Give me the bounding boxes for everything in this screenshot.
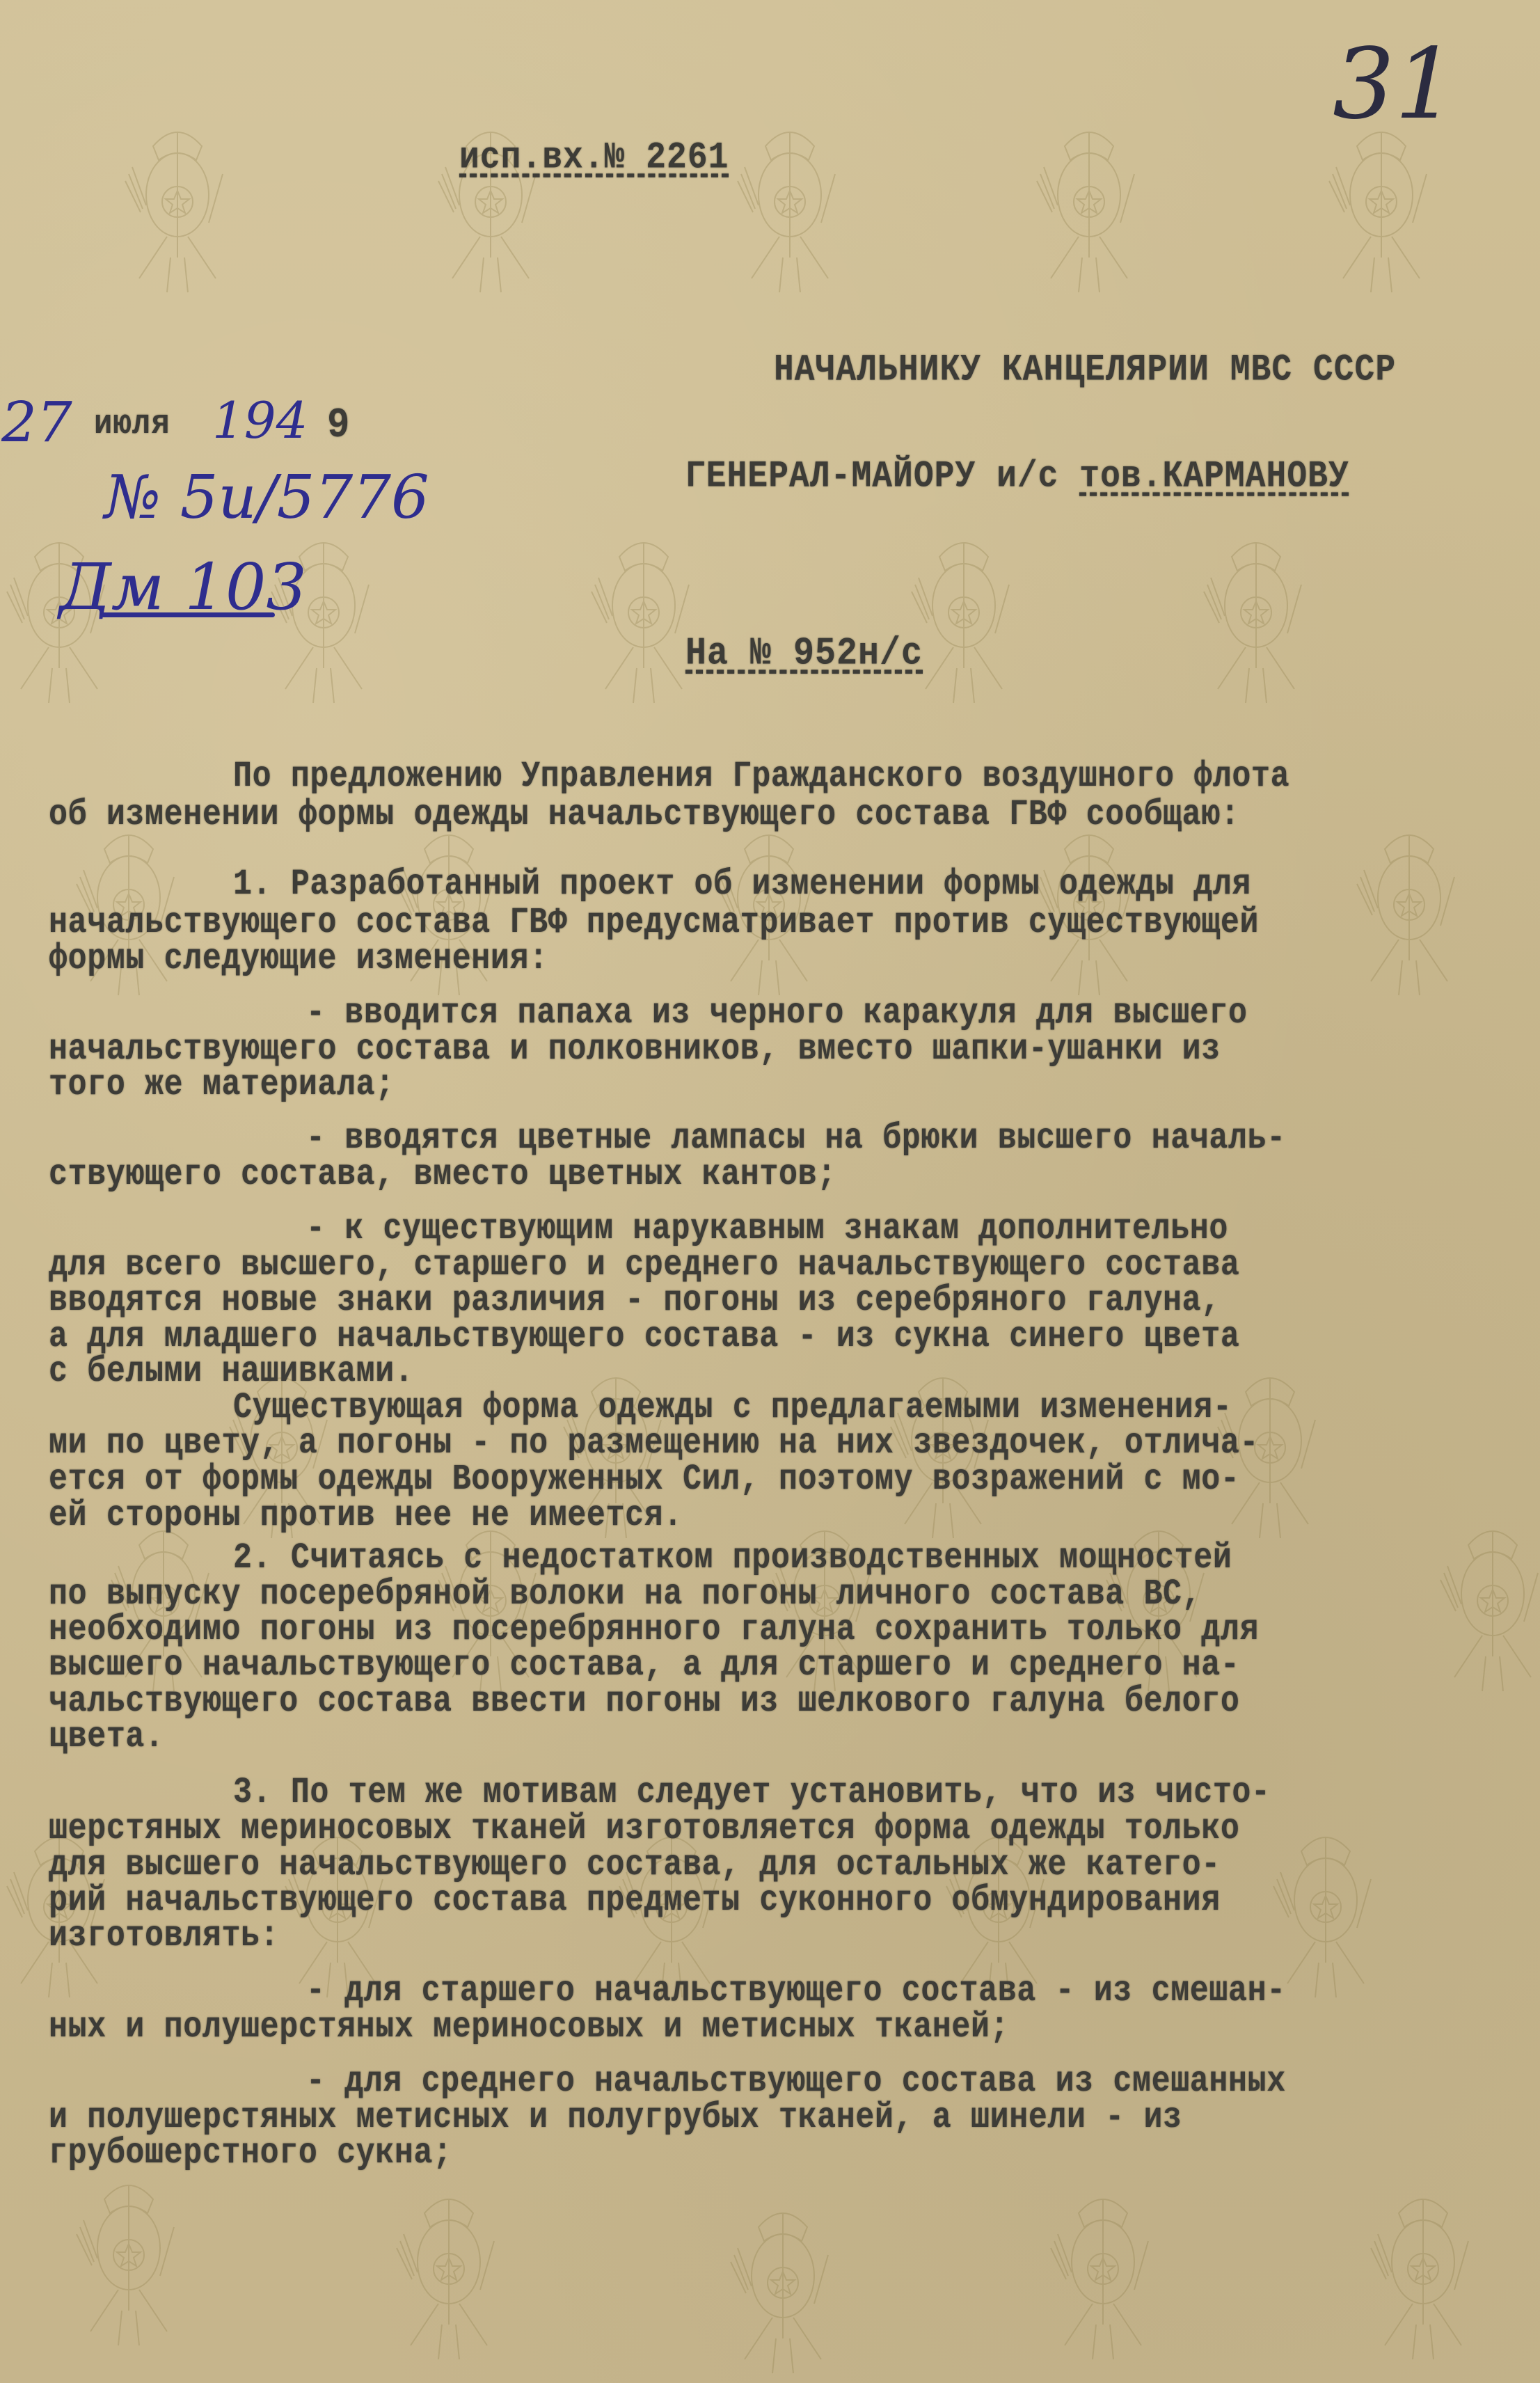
watermark-emblem-icon bbox=[724, 2199, 842, 2380]
body-line: формы следующие изменения: bbox=[49, 941, 548, 977]
body-line: начальствующего состава и полковников, в… bbox=[49, 1031, 1221, 1068]
body-line: 2. Считаясь с недостатком производственн… bbox=[233, 1540, 1232, 1576]
body-line: шерстяных мериносовых тканей изготовляет… bbox=[49, 1811, 1239, 1847]
date-year-handwritten: 194 bbox=[212, 391, 308, 450]
addressee-rank: ГЕНЕРАЛ-МАЙОРУ и/с bbox=[685, 456, 1079, 498]
body-line: - вводится папаха из черного каракуля дл… bbox=[306, 995, 1248, 1031]
watermark-emblem-icon bbox=[905, 529, 1023, 710]
body-line: ми по цвету, а погоны - по размещению на… bbox=[49, 1425, 1259, 1462]
watermark-emblem-icon bbox=[1322, 118, 1440, 299]
watermark-emblem-icon bbox=[731, 118, 849, 299]
watermark-emblem-icon bbox=[1044, 2185, 1162, 2366]
body-line: а для младшего начальствующего состава -… bbox=[49, 1319, 1239, 1355]
body-line: ей стороны против нее не имеется. bbox=[49, 1498, 683, 1534]
body-line: грубошерстного сукна; bbox=[49, 2135, 452, 2171]
body-line: и полушерстяных метисных и полугрубых тк… bbox=[49, 2100, 1182, 2136]
addressee-name: тов.КАРМАНОВУ bbox=[1079, 456, 1349, 498]
watermark-emblem-icon bbox=[118, 118, 237, 299]
registration-underline bbox=[101, 612, 275, 617]
watermark-emblem-icon bbox=[70, 2171, 188, 2352]
date-day-handwritten: 27 bbox=[1, 390, 72, 454]
body-line: ется от формы одежды Вооруженных Сил, по… bbox=[49, 1462, 1239, 1498]
body-line: рий начальствующего состава предметы сук… bbox=[49, 1883, 1221, 1919]
body-line: 1. Разработанный проект об изменении фор… bbox=[233, 866, 1251, 903]
body-line: того же материала; bbox=[49, 1067, 395, 1103]
body-line: чальствующего состава ввести погоны из ш… bbox=[49, 1684, 1239, 1720]
body-line: - для среднего начальствующего состава и… bbox=[306, 2064, 1286, 2100]
watermark-emblem-icon bbox=[1030, 118, 1148, 299]
body-line: начальствующего состава ГВФ предусматрив… bbox=[49, 905, 1259, 941]
watermark-emblem-icon bbox=[1364, 2185, 1482, 2366]
page-number-handwritten: 31 bbox=[1333, 28, 1456, 141]
body-line: По предложению Управления Гражданского в… bbox=[233, 759, 1289, 795]
date-month-typed: июля bbox=[94, 407, 170, 441]
body-line: с белыми нашивками. bbox=[49, 1354, 413, 1390]
watermark-emblem-icon bbox=[1350, 821, 1468, 1002]
date-year-typed-digit: 9 bbox=[327, 405, 350, 447]
body-line: - вводятся цветные лампасы на брюки высш… bbox=[306, 1121, 1286, 1157]
body-line: - к существующим нарукавным знакам допол… bbox=[306, 1211, 1228, 1247]
watermark-emblem-icon bbox=[1434, 1517, 1540, 1698]
reference-number: На № 952н/с bbox=[685, 635, 923, 674]
body-line: необходимо погоны из посеребрянного галу… bbox=[49, 1612, 1259, 1648]
body-line: высшего начальствующего состава, а для с… bbox=[49, 1647, 1239, 1684]
incoming-reference: исп.вх.№ 2261 bbox=[459, 139, 729, 177]
body-line: изготовлять: bbox=[49, 1918, 279, 1954]
body-line: ных и полушерстяных мериносовых и метисн… bbox=[49, 2009, 1009, 2045]
body-line: Существующая форма одежды с предлагаемым… bbox=[233, 1390, 1232, 1426]
outgoing-number-handwritten: № 5и/5776 bbox=[104, 463, 429, 532]
watermark-emblem-icon bbox=[1197, 529, 1315, 710]
body-line: по выпуску посеребряной волоки на погоны… bbox=[49, 1576, 1201, 1613]
addressee-line-2: ГЕНЕРАЛ-МАЙОРУ и/с тов.КАРМАНОВУ bbox=[685, 458, 1349, 496]
addressee-line-1: НАЧАЛЬНИКУ КАНЦЕЛЯРИИ МВС СССР bbox=[774, 351, 1396, 389]
watermark-emblem-icon bbox=[585, 529, 703, 710]
body-line: для всего высшего, старшего и среднего н… bbox=[49, 1247, 1239, 1283]
body-line: об изменении формы одежды начальствующег… bbox=[49, 797, 1239, 833]
body-line: для высшего начальствующего состава, для… bbox=[49, 1847, 1221, 1883]
body-line: вводятся новые знаки различия - погоны и… bbox=[49, 1283, 1221, 1319]
body-line: 3. По тем же мотивам следует установить,… bbox=[233, 1775, 1271, 1811]
body-line: - для старшего начальствующего состава -… bbox=[306, 1973, 1286, 2009]
body-line: ствующего состава, вместо цветных кантов… bbox=[49, 1157, 836, 1193]
watermark-emblem-icon bbox=[390, 2185, 508, 2366]
body-line: цвета. bbox=[49, 1719, 164, 1755]
